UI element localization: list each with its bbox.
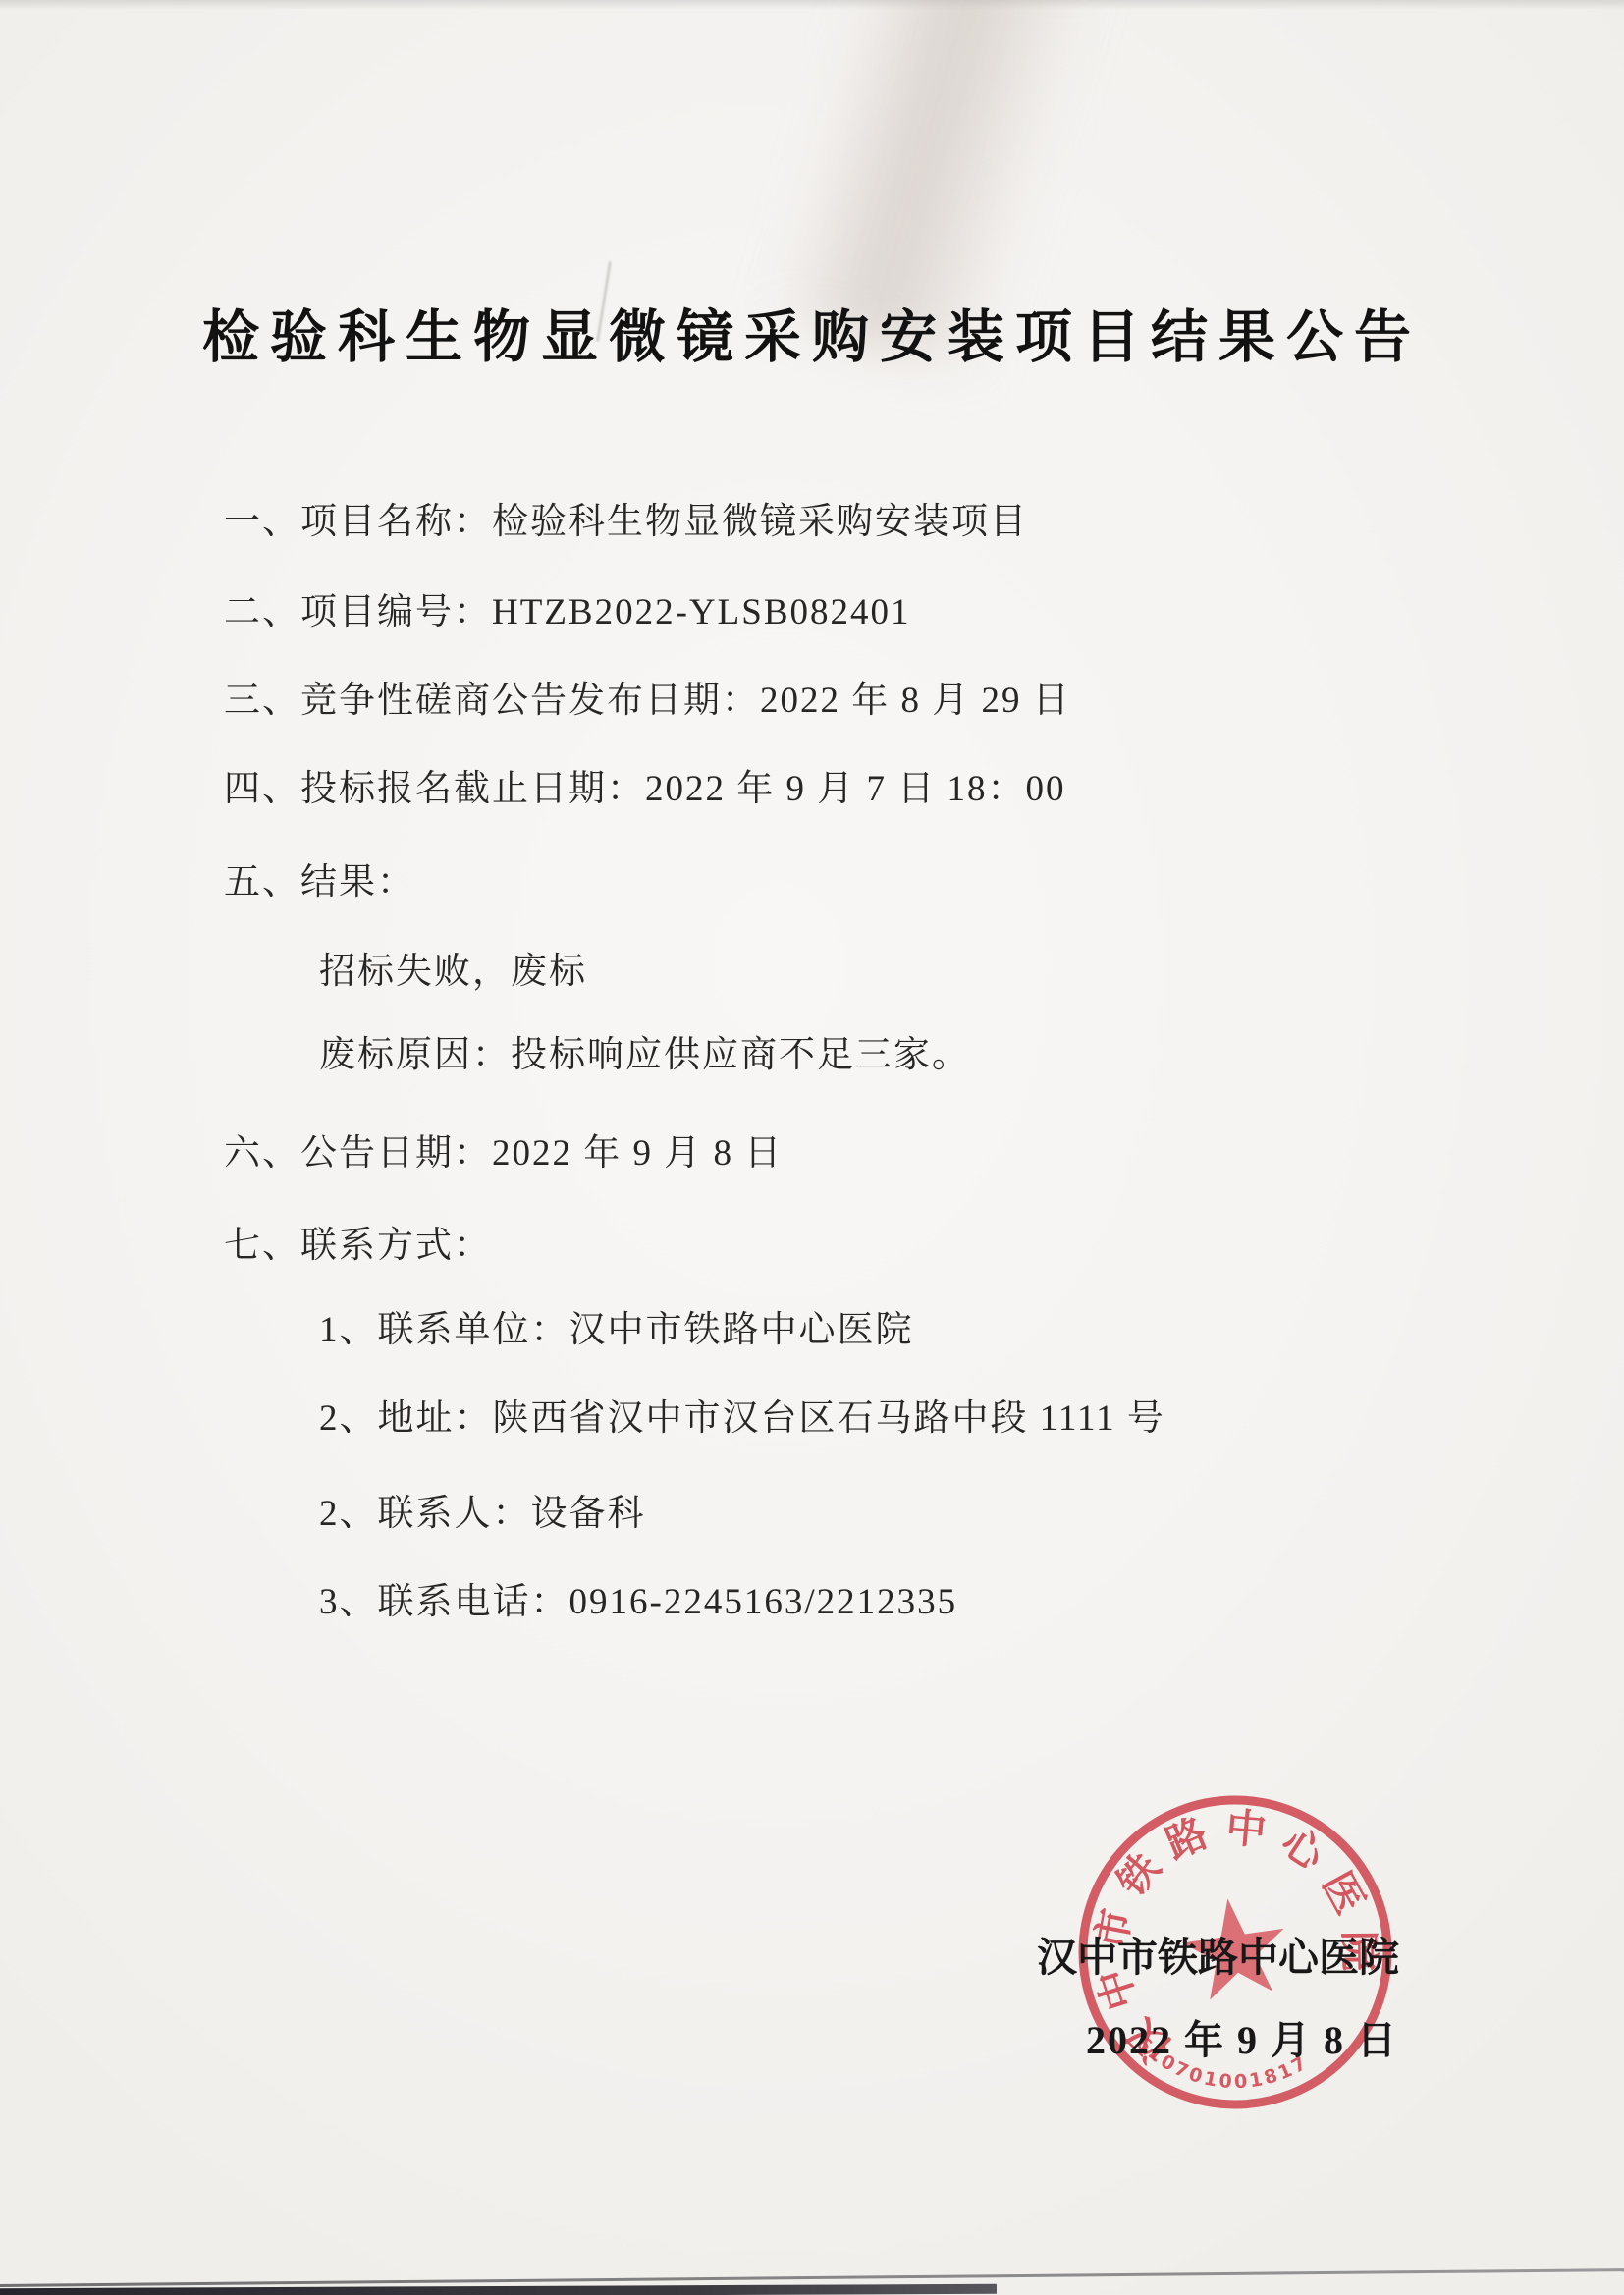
doc-line-result-reason: 废标原因：投标响应供应商不足三家。 (319, 1024, 970, 1077)
doc-line-result: 招标失败，废标 (319, 941, 587, 994)
scan-top-edge-shadow (0, 0, 1624, 10)
signature-org-name: 汉中市铁路中心医院 (1037, 1925, 1399, 1983)
doc-line-contact-unit: 1、联系单位：汉中市铁路中心医院 (319, 1299, 914, 1352)
scanned-document-page: 检验科生物显微镜采购安装项目结果公告 一、项目名称：检验科生物显微镜采购安装项目… (0, 0, 1624, 2295)
doc-line-announce-date: 三、竞争性磋商公告发布日期：2022 年 8 月 29 日 (224, 670, 1071, 723)
doc-line-result-heading: 五、结果： (224, 851, 415, 904)
doc-line-contact-person: 2、联系人：设备科 (319, 1483, 646, 1536)
page-title: 检验科生物显微镜采购安装项目结果公告 (0, 291, 1624, 373)
doc-line-contact-address: 2、地址：陕西省汉中市汉台区石马路中段 1111 号 (319, 1388, 1165, 1441)
doc-line-deadline: 四、投标报名截止日期：2022 年 9 月 7 日 18：00 (224, 758, 1066, 811)
doc-line-project-number: 二、项目编号：HTZB2022-YLSB082401 (224, 581, 911, 634)
doc-line-contact-heading: 七、联系方式： (224, 1215, 492, 1268)
doc-line-project-name: 一、项目名称：检验科生物显微镜采购安装项目 (224, 491, 1028, 544)
doc-line-notice-date: 六、公告日期：2022 年 9 月 8 日 (224, 1122, 783, 1175)
signature-date: 2022 年 9 月 8 日 (1086, 2009, 1398, 2065)
doc-line-contact-phone: 3、联系电话：0916-2245163/2212335 (319, 1571, 957, 1624)
